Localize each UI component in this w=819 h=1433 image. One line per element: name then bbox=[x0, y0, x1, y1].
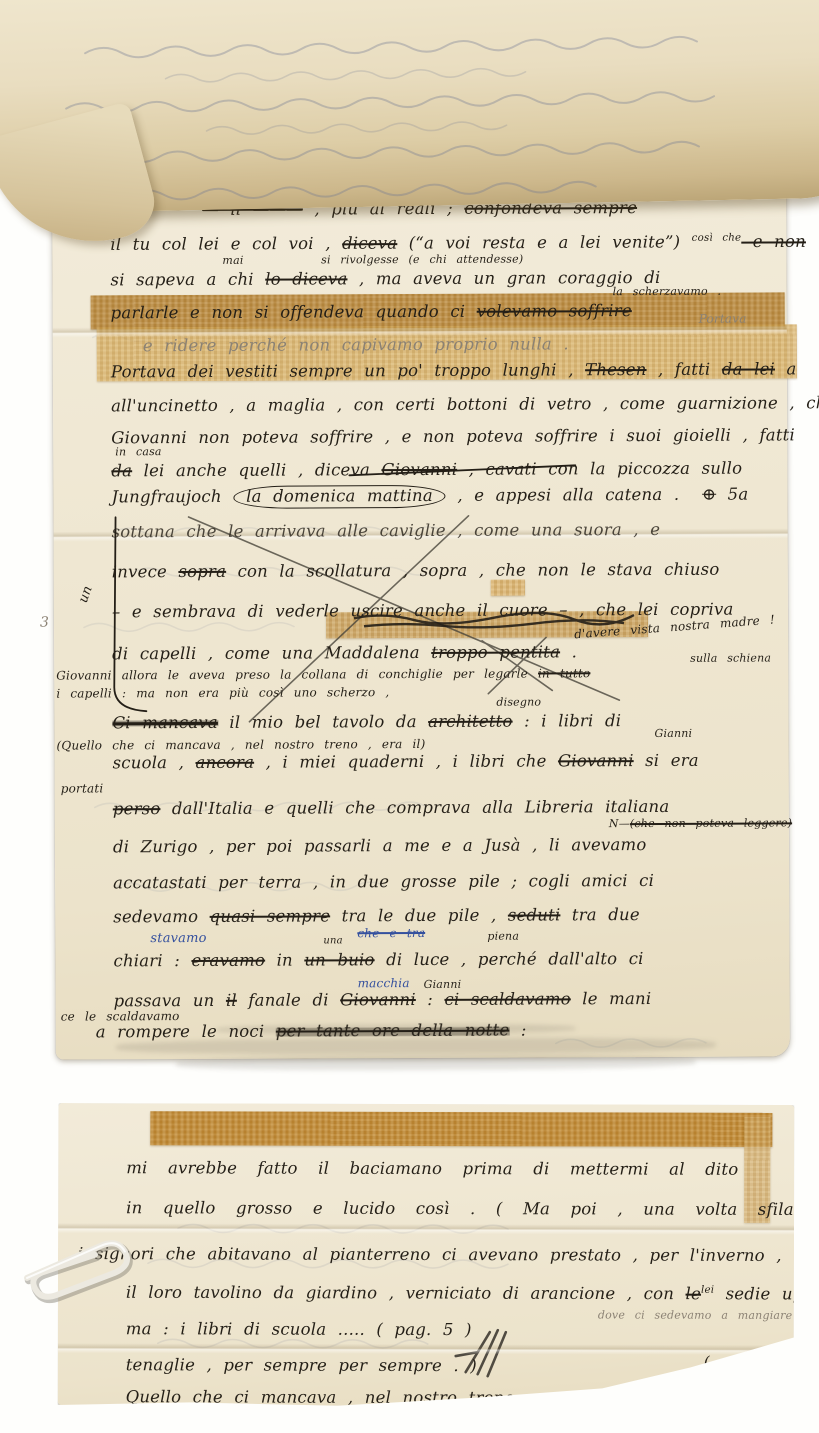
manuscript-line: disegno bbox=[496, 696, 541, 708]
manuscript-line: Gianni bbox=[654, 728, 692, 740]
manuscript-line: scuola , ancora , i miei quaderni , i li… bbox=[113, 752, 699, 773]
manuscript-line: i signori che abitavano al pianterreno c… bbox=[78, 1245, 782, 1265]
paperclip-icon bbox=[15, 1223, 152, 1306]
manuscript-line: in quello grosso e lucido così . ( Ma po… bbox=[126, 1199, 811, 1219]
manuscript-line: accatastati per terra , in due grosse pi… bbox=[113, 872, 654, 893]
curled-page-top bbox=[0, 0, 819, 215]
fold-crease bbox=[58, 1223, 794, 1235]
manuscript-page-bottom: mi avrebbe fatto il baciamano prima di m… bbox=[58, 1103, 795, 1407]
manuscript-line: una bbox=[323, 935, 343, 946]
manuscript-line: piena bbox=[487, 931, 519, 943]
manuscript-line: dove ci sedevamo a mangiare bbox=[598, 1309, 793, 1322]
manuscript-line: di capelli , come una Maddalena troppo p… bbox=[112, 643, 577, 663]
manuscript-line: sottana che le arrivava alle caviglie , … bbox=[112, 521, 661, 542]
manuscript-line: 3 bbox=[40, 616, 49, 631]
manuscript-line: ( pag. 5 ) bbox=[704, 1354, 793, 1371]
manuscript-line: chiari : eravamo in un buio di luce , pe… bbox=[113, 950, 643, 970]
manuscript-line: (Quello che ci mancava , nel nostro tren… bbox=[57, 738, 426, 753]
manuscript-line: i capelli : ma non era più così uno sche… bbox=[56, 686, 389, 701]
manuscript-photo: — il ——— , più ai reali ; confondeva sem… bbox=[0, 0, 819, 1433]
manuscript-line: Quello che ci mancava , nel nostro treno… bbox=[126, 1388, 770, 1408]
manuscript-line: Jungfraujoch la domenica mattina , e app… bbox=[111, 484, 748, 510]
manuscript-line: ma : i libri di scuola ..... ( pag. 5 ) bbox=[126, 1320, 472, 1339]
manuscript-line: Giovanni non poteva soffrire , e non pot… bbox=[111, 426, 795, 447]
manuscript-line: – e sembrava di vederle uscire anche il … bbox=[112, 601, 734, 622]
manuscript-line: tenaglie , per sempre per sempre . ) bbox=[126, 1356, 477, 1375]
manuscript-line: di Zurigo , per poi passarli a me e a Ju… bbox=[113, 836, 647, 856]
manuscript-line: passava un il fanale di Giovanni : ci sc… bbox=[114, 990, 652, 1010]
manuscript-line: macchia bbox=[358, 977, 410, 990]
manuscript-line: all'uncinetto , a maglia , con certi bot… bbox=[111, 394, 819, 415]
manuscript-line: stavamo bbox=[150, 932, 206, 947]
manuscript-line: architetto : disegno bbox=[548, 1413, 673, 1425]
manuscript-line: Portava dei vestiti sempre un po' troppo… bbox=[111, 360, 797, 381]
manuscript-line: sedevamo quasi sempre tra le due pile , … bbox=[113, 906, 640, 926]
manuscript-line: il loro tavolino da giardino , verniciat… bbox=[126, 1283, 819, 1304]
manuscript-line: che e tra bbox=[357, 927, 425, 940]
manuscript-line: parlarle e non si offendeva quando ci vo… bbox=[111, 302, 632, 322]
manuscript-line: a rompere le noci per tante ore della no… bbox=[96, 1022, 527, 1042]
manuscript-line: mai si rivolgesse (e chi attendesse) bbox=[222, 254, 523, 267]
manuscript-line: Ci mancava il mio bel tavolo da architet… bbox=[112, 712, 621, 732]
manuscript-line: e ridere perché non capivamo proprio nul… bbox=[143, 335, 569, 355]
manuscript-line: il tu col lei e col voi , diceva (“a voi… bbox=[110, 232, 806, 254]
manuscript-line: Giovanni allora le aveva preso la collan… bbox=[56, 667, 590, 683]
manuscript-page-main: — il ——— , più ai reali ; confondeva sem… bbox=[52, 184, 790, 1059]
fold-crease bbox=[58, 1343, 794, 1355]
manuscript-line: da lei anche quelli , diceva Giovanni , … bbox=[111, 460, 742, 481]
manuscript-line: in casa bbox=[115, 446, 161, 458]
tape-strip bbox=[150, 1111, 772, 1147]
manuscript-line: invece sopra con la scollatura , sopra ,… bbox=[112, 561, 720, 582]
manuscript-line: N—(che non poteva leggere) bbox=[609, 817, 792, 830]
manuscript-line: mi avrebbe fatto il baciamano prima di m… bbox=[126, 1159, 738, 1179]
manuscript-line: la scherzavamo . bbox=[613, 286, 722, 299]
manuscript-line: portati bbox=[61, 782, 104, 795]
manuscript-line: perso dall'Italia e quelli che comprava … bbox=[113, 798, 670, 819]
manuscript-line: sulla schiena bbox=[690, 652, 771, 664]
manuscript-line: si sapeva a chi lo diceva , ma aveva un … bbox=[110, 269, 660, 290]
manuscript-line: Portava bbox=[699, 313, 747, 326]
